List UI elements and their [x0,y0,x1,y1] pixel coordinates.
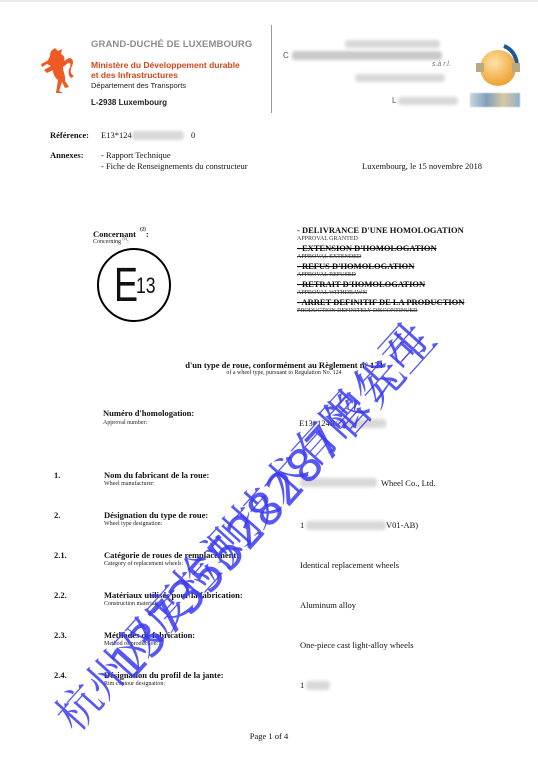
ministry-address: L-2938 Luxembourg [91,98,167,107]
option-granted: - DELIVRANCE D'UNE HOMOLOGATION APPROVAL… [297,225,464,243]
item-number: 2.1. [54,550,67,560]
option-withdrawn: - RETRAIT D'HOMOLOGATION APPROVAL WITHDR… [297,279,464,297]
redacted-type-designation [306,521,386,530]
item-value: V01-AB) [386,520,418,530]
item-number: 2.2. [54,590,67,600]
item-value-start: 1 [300,520,304,530]
right-org-suffix: s.à r.l. [432,61,451,68]
approval-options: - DELIVRANCE D'UNE HOMOLOGATION APPROVAL… [297,225,464,315]
concerning-label-en: Concerning (1): [93,236,129,245]
top-border [0,0,538,2]
item-label: Nom du fabricant de la roue: [104,470,209,480]
item-value: 1 [300,680,304,690]
item-number: 2.3. [54,630,67,640]
approval-number-label: Numéro d'homologation: [103,408,194,418]
redacted-rim-contour [306,681,330,690]
header-divider [271,25,272,113]
item-label: Désignation du type de roue: [104,510,208,520]
redacted-address [398,97,458,105]
reference-value-end: 0 [191,130,195,140]
redacted-org-line1 [345,40,440,48]
option-refused: - REFUS D'HOMOLOGATION APPROVAL REFUSED [297,261,464,279]
item-value: One-piece cast light-alloy wheels [300,640,414,650]
luxembourg-red-lion-icon [37,45,77,101]
reference-label: Référence: [50,130,89,140]
e13-approval-mark: E 13 [97,248,171,322]
item-value: Wheel Co., Ltd. [381,478,436,488]
option-extended: - EXTENSION D'HOMOLOGATION APPROVAL EXTE… [297,243,464,261]
right-address-initial: L [392,96,396,105]
reference-value: E13*124 [101,130,132,140]
redacted-logo-text [470,93,520,107]
redacted-org-line2 [292,51,442,60]
annex-item: - Fiche de Renseignements du constructeu… [101,161,248,171]
item-value: Identical replacement wheels [300,560,399,570]
item-label-en: Wheel manufacturer: [104,481,155,487]
type-line: d'un type de roue, conformément au Règle… [0,360,538,376]
right-org-initial: C [283,51,289,60]
item-label-en: Wheel type designation: [104,521,162,527]
item-number: 1. [54,470,60,480]
annex-item: - Rapport Technique [101,150,171,160]
redacted-reference [132,131,184,140]
option-discontinued: - ARRET DEFINITIF DE LA PRODUCTION PRODU… [297,297,464,315]
annexes-label: Annexes: [50,150,84,160]
department-name: Département des Transports [91,81,186,90]
country-name: GRAND-DUCHÉ DE LUXEMBOURG [91,39,252,50]
approval-number-label-en: Approval number: [103,420,147,426]
date-line: Luxembourg, le 15 novembre 2018 [362,161,482,171]
orange-sphere-logo-icon [470,42,522,94]
item-number: 2. [54,510,60,520]
redacted-org-line3 [355,74,445,82]
item-value: Aluminum alloy [300,600,356,610]
ministry-name: Ministère du Développement durable et de… [91,60,240,80]
